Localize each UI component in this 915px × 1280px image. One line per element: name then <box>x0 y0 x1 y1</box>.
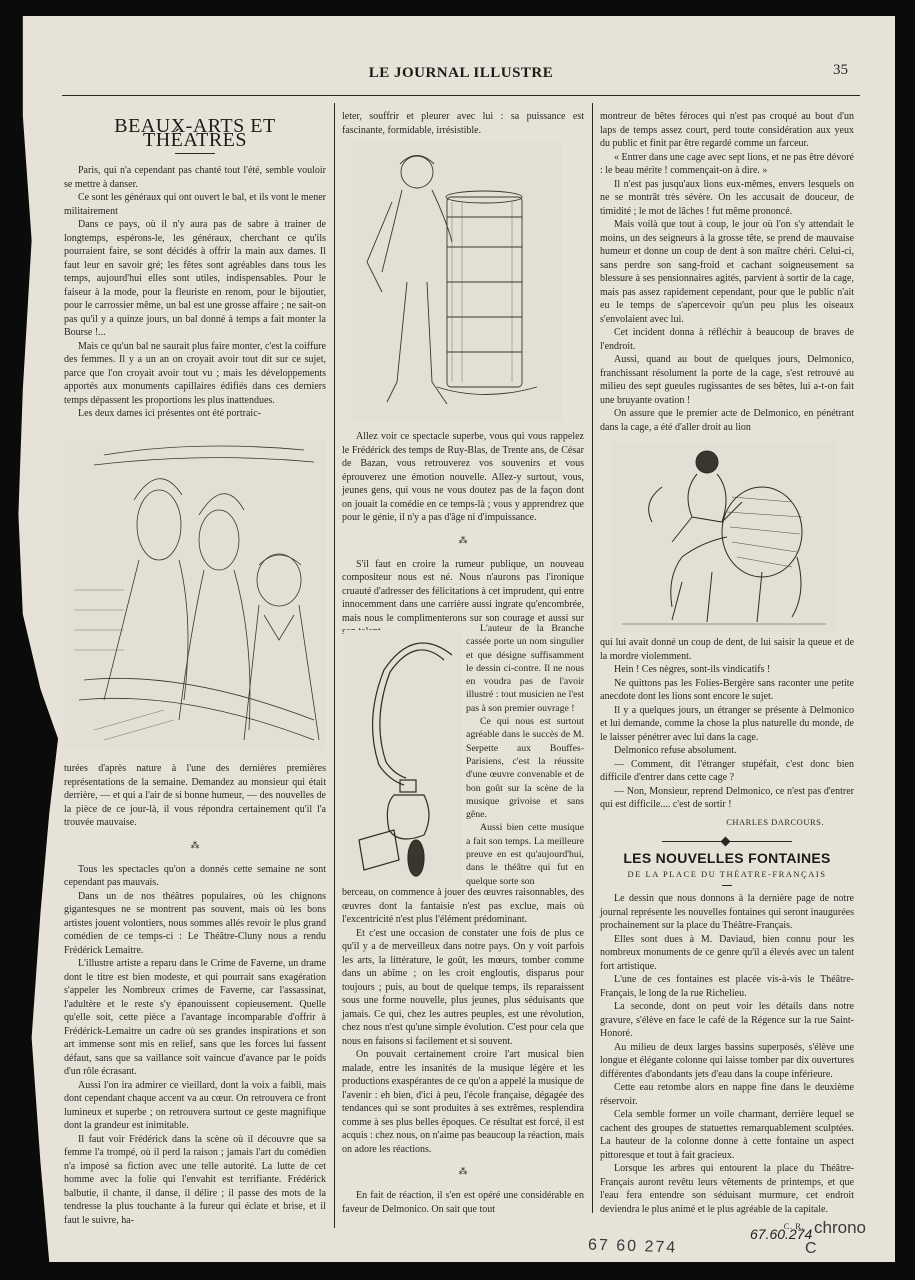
paragraph: Aussi l'on ira admirer ce vieillard, don… <box>64 1079 326 1133</box>
paragraph: On assure que le premier acte de Delmoni… <box>600 407 854 434</box>
column-2: leter, souffrir et pleurer avec lui : sa… <box>342 110 584 137</box>
paragraph: On pouvait certainement croire l'art mus… <box>342 1048 584 1156</box>
paragraph: « Entrer dans une cage avec sept lions, … <box>600 151 854 178</box>
column-rule <box>334 103 335 1228</box>
paragraph: — Comment, dit l'étranger stupéfait, c'e… <box>600 758 854 785</box>
column-3-after-illustration: qui lui avait donné un coup de dent, de … <box>600 636 854 1234</box>
paragraph: Ce sont les généraux qui ont ouvert le b… <box>64 191 326 218</box>
handwritten-note: chrono <box>814 1218 866 1238</box>
column-1-continued: turées d'après nature à l'une des derniè… <box>64 762 326 1227</box>
paragraph: turées d'après nature à l'une des derniè… <box>64 762 326 830</box>
paragraph: Cette eau retombe alors en nappe fine da… <box>600 1081 854 1108</box>
page-header: LE JOURNAL ILLUSTRE 35 <box>62 62 860 88</box>
column-2-beside-illustration: L'auteur de la Branche cassée porte un n… <box>466 622 584 888</box>
lion-tamer-illustration <box>612 442 836 632</box>
billhook-hand-illustration <box>344 630 462 880</box>
paragraph: Ne quittons pas les Folies-Bergère sans … <box>600 677 854 704</box>
column-2-bottom: berceau, on commence à jouer des œuvres … <box>342 886 584 1216</box>
paragraph: Cet incident donna à réfléchir à beaucou… <box>600 326 854 353</box>
paragraph: Lorsque les arbres qui entourent la plac… <box>600 1162 854 1216</box>
paragraph: En fait de réaction, il s'en est opéré u… <box>342 1189 584 1216</box>
paragraph: Elles sont dues à M. Daviaud, bien connu… <box>600 933 854 974</box>
paragraph: Il y a quelques jours, un étranger se pr… <box>600 704 854 745</box>
paragraph: berceau, on commence à jouer des œuvres … <box>342 886 584 927</box>
journal-title: LE JOURNAL ILLUSTRE <box>62 65 860 82</box>
ornament-divider <box>662 841 792 842</box>
column-2-mid: Allez voir ce spectacle superbe, vous qu… <box>342 430 584 639</box>
actor-illustration <box>352 142 562 422</box>
page-number: 35 <box>833 62 848 79</box>
paragraph: montreur de bêtes féroces qui n'est pas … <box>600 110 854 151</box>
catalog-stamp: 67.60.274 <box>750 1226 812 1242</box>
paragraph: qui lui avait donné un coup de dent, de … <box>600 636 854 663</box>
paragraph: Et c'est une occasion de constater une f… <box>342 927 584 1049</box>
paragraph: Aussi, quand au bout de quelques jours, … <box>600 353 854 407</box>
paragraph: Dans ce pays, où il n'y aura pas de sabr… <box>64 218 326 340</box>
paragraph: La seconde, dont on peut voir les détail… <box>600 1000 854 1041</box>
paragraph: Delmonico refuse absolument. <box>600 744 854 758</box>
title-dash <box>175 153 215 154</box>
column-rule <box>592 103 593 1213</box>
paragraph: Tous les spectacles qu'on a donnés cette… <box>64 863 326 890</box>
section-divider-stars: ⁂ <box>342 537 584 544</box>
paragraph: Il faut voir Frédérick dans la scène où … <box>64 1133 326 1228</box>
paragraph: leter, souffrir et pleurer avec lui : sa… <box>342 110 584 137</box>
author-signature: CHARLES DARCOURS. <box>600 816 854 830</box>
handwritten-catalog-number: 67 60 274 <box>588 1236 678 1257</box>
paragraph: Au milieu de deux larges bassins superpo… <box>600 1041 854 1082</box>
section-subtitle: DE LA PLACE DU THÉATRE-FRANÇAIS <box>600 868 854 882</box>
paragraph: L'auteur de la Branche cassée porte un n… <box>466 622 584 715</box>
column-1: BEAUX-ARTS ET THÉATRES Paris, qui n'a ce… <box>64 116 326 421</box>
column-3: montreur de bêtes féroces qui n'est pas … <box>600 110 854 434</box>
paragraph: Hein ! Ces nègres, sont-ils vindicatifs … <box>600 663 854 677</box>
theatre-audience-illustration <box>64 440 326 750</box>
paragraph: Cela semble former un voile charmant, de… <box>600 1108 854 1162</box>
paragraph: Le dessin que nous donnons à la dernière… <box>600 892 854 933</box>
section-title: LES NOUVELLES FONTAINES <box>600 852 854 866</box>
paragraph: L'une de ces fontaines est placée vis-à-… <box>600 973 854 1000</box>
section-title: BEAUX-ARTS ET THÉATRES <box>64 120 326 147</box>
paragraph: Ce qui nous est surtout agréable dans le… <box>466 715 584 821</box>
title-dash <box>722 885 732 886</box>
paragraph: Dans un de nos théâtres populaires, où l… <box>64 890 326 958</box>
paragraph: — Non, Monsieur, reprend Delmonico, ce n… <box>600 785 854 812</box>
paragraph: Allez voir ce spectacle superbe, vous qu… <box>342 430 584 525</box>
section-divider-stars: ⁂ <box>342 1168 584 1175</box>
paragraph: Les deux dames ici présentes ont été por… <box>64 407 326 421</box>
paragraph: Mais ce qu'un bal ne saurait plus faire … <box>64 340 326 408</box>
header-rule <box>62 95 860 96</box>
paragraph: Paris, qui n'a cependant pas chanté tout… <box>64 164 326 191</box>
paragraph: Mais voilà que tout à coup, le jour où l… <box>600 218 854 326</box>
handwritten-letter: C <box>805 1240 817 1258</box>
paragraph: Aussi bien cette musique a fait son temp… <box>466 821 584 887</box>
paragraph: Il n'est pas jusqu'aux lions eux-mêmes, … <box>600 178 854 219</box>
paragraph: L'illustre artiste a reparu dans le Crim… <box>64 957 326 1079</box>
section-divider-stars: ⁂ <box>64 842 326 849</box>
